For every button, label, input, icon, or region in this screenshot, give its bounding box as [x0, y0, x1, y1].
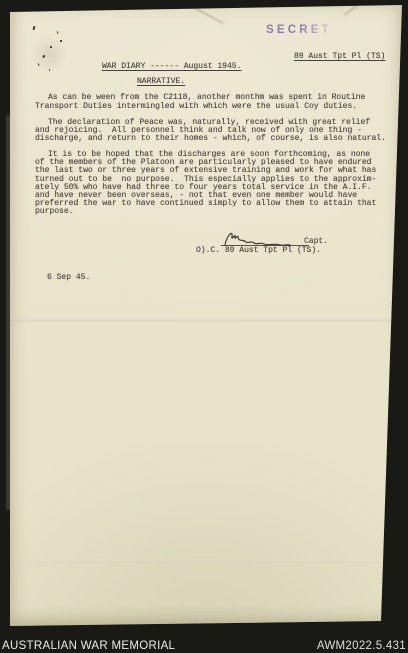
secret-stamp: SECRET — [266, 24, 332, 36]
signature-rank: Capt. — [304, 238, 328, 246]
diary-date: 6 Sep 45. — [47, 274, 90, 282]
paragraph-peace-declaration: The declaration of Peace was, naturally,… — [35, 119, 407, 144]
war-diary-title: WAR DIARY ------ August 1945. — [102, 63, 241, 71]
narrative-heading: NARRATIVE. — [137, 78, 185, 86]
archive-reference-number: AWM2022.5.431 — [317, 640, 406, 652]
pencil-smudge — [30, 36, 68, 72]
paper-fold-crease — [10, 318, 402, 321]
ink-speck — [60, 40, 62, 42]
archive-name-label: AUSTRALIAN WAR MEMORIAL — [2, 640, 175, 652]
paragraph-discharges: It is to be hoped that the discharges ar… — [35, 151, 407, 217]
paragraph-routine-duties: As can be ween from the C2118, another m… — [35, 93, 407, 111]
paper-fold-crease — [10, 560, 402, 563]
unit-header: 89 Aust Tpt Pl (TS) — [294, 53, 385, 61]
signature-title-line: O).C. 89 Aust Tpt Pl (TS). — [196, 247, 321, 255]
